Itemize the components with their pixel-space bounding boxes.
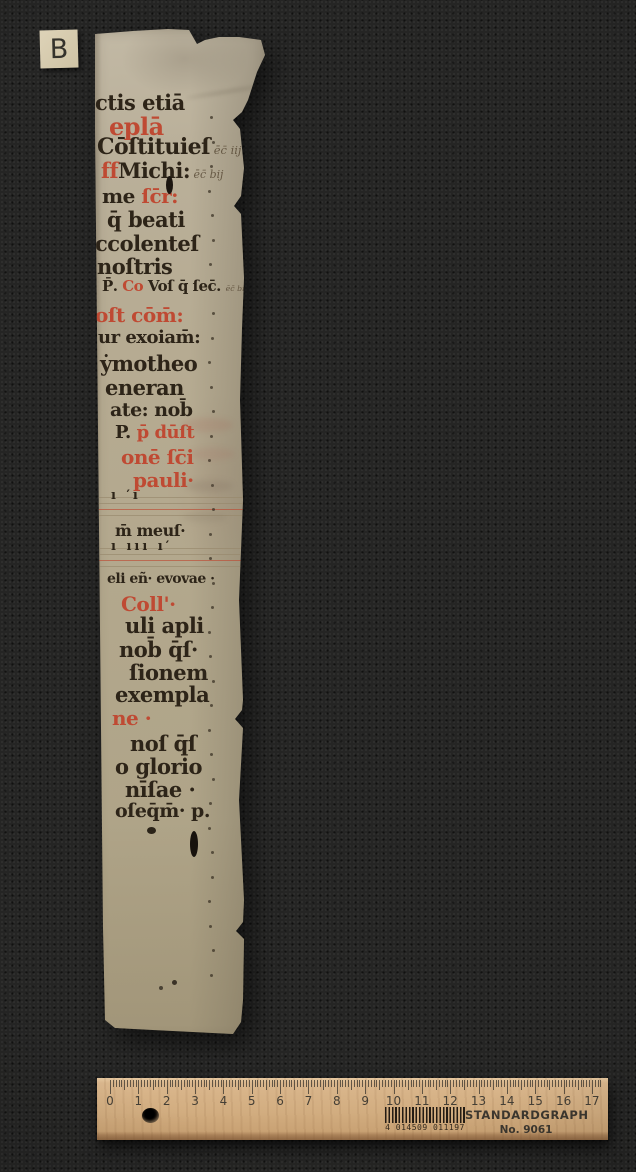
ruler-mm-tick	[416, 1080, 417, 1087]
text-segment-black: nob̄ q̄ſ·	[119, 637, 198, 662]
manuscript-text-line: ẏmotheo	[100, 353, 197, 374]
prick-mark	[212, 778, 215, 781]
ruler-number: 1	[135, 1094, 143, 1108]
ruler-mm-tick	[513, 1080, 514, 1087]
prick-mark	[209, 533, 212, 536]
ruler-mm-tick	[586, 1080, 587, 1087]
ruler-mm-tick	[510, 1080, 511, 1087]
ruler-mm-tick	[127, 1080, 128, 1087]
ruler-mm-tick	[419, 1080, 420, 1087]
ruler-mm-tick	[484, 1080, 485, 1087]
ruler-mm-tick	[371, 1080, 372, 1087]
ruler-mm-tick	[113, 1080, 114, 1087]
ruler-number: 16	[556, 1094, 571, 1108]
ruler-mm-tick	[368, 1080, 369, 1087]
ruler-mm-tick	[255, 1080, 256, 1087]
ruler-mm-tick	[238, 1080, 239, 1090]
ruler-cm-tick	[564, 1080, 565, 1094]
ruler-number: 17	[584, 1094, 599, 1108]
ruler-mm-tick	[581, 1080, 582, 1087]
text-segment-red: onē ſc̄i	[121, 445, 193, 469]
ruler-mm-tick	[323, 1080, 324, 1090]
ruler-mm-tick	[473, 1080, 474, 1087]
ruler-mm-tick	[297, 1080, 298, 1087]
ruler-number: 7	[305, 1094, 313, 1108]
ruler-mm-tick	[462, 1080, 463, 1087]
ruler-mm-tick	[467, 1080, 468, 1087]
prick-mark	[208, 361, 211, 364]
ruler-number: 2	[163, 1094, 171, 1108]
manuscript-text-line: eneran	[105, 377, 184, 398]
ruler-mm-tick	[413, 1080, 414, 1087]
ruler-mm-tick	[116, 1080, 117, 1087]
ruler-hanging-hole	[142, 1108, 159, 1123]
manuscript-text-line: noſ q̄ſ	[130, 733, 196, 754]
ruler-mm-tick	[260, 1080, 261, 1087]
text-segment-black: o glorio	[115, 754, 202, 779]
parchment-spot	[159, 986, 163, 990]
ruler-mm-tick	[215, 1080, 216, 1087]
ruler-cm-tick	[223, 1080, 224, 1094]
ruler-cm-tick	[365, 1080, 366, 1094]
manuscript-text-line: ne ·	[112, 708, 151, 728]
ruler-mm-tick	[317, 1080, 318, 1087]
ruler-mm-tick	[447, 1080, 448, 1087]
prick-mark	[208, 827, 211, 830]
ruler-number: 15	[528, 1094, 543, 1108]
ruler-mm-tick	[340, 1080, 341, 1087]
barcode-digits: 4 014509 011197	[383, 1123, 467, 1132]
ruler-mm-tick	[572, 1080, 573, 1087]
prick-mark	[212, 312, 215, 315]
prick-mark	[211, 214, 214, 217]
manuscript-text-line: noſtris	[97, 256, 172, 277]
staff-line	[97, 554, 257, 555]
ruler-mm-tick	[498, 1080, 499, 1087]
ruler-mm-tick	[481, 1080, 482, 1087]
ruler-number: 12	[443, 1094, 458, 1108]
ruler-mm-tick	[552, 1080, 553, 1087]
ruler-mm-tick	[555, 1080, 556, 1087]
ruler-mm-tick	[430, 1080, 431, 1087]
ruler-number: 5	[248, 1094, 256, 1108]
manuscript-fragment: ctis etiāeplāCōſtituieſ ēc̄ iijffMichi: …	[93, 28, 269, 1042]
ruler-mm-tick	[328, 1080, 329, 1087]
ruler-mm-tick	[266, 1080, 267, 1090]
ruler-mm-tick	[583, 1080, 584, 1087]
ruler-mm-tick	[311, 1080, 312, 1087]
ruler-mm-tick	[464, 1080, 465, 1090]
ruler-mm-tick	[547, 1080, 548, 1087]
ruler-mm-tick	[524, 1080, 525, 1087]
ruler-mm-tick	[221, 1080, 222, 1087]
text-segment-black: P.	[115, 422, 137, 443]
ruler-mm-tick	[189, 1080, 190, 1087]
ruler-mm-tick	[354, 1080, 355, 1087]
ruler-mm-tick	[453, 1080, 454, 1087]
text-segment-gloss: ēc̄ biij.	[226, 284, 252, 293]
prick-mark	[208, 190, 211, 193]
ruler-mm-tick	[442, 1080, 443, 1087]
manuscript-text-line: ctis etiā	[95, 92, 185, 113]
text-segment-black: exempla	[115, 682, 209, 707]
ruler-mm-tick	[569, 1080, 570, 1087]
prick-mark	[211, 851, 214, 854]
prick-mark	[209, 263, 212, 266]
prick-mark	[209, 655, 212, 658]
ruler-mm-tick	[456, 1080, 457, 1087]
ruler-mm-tick	[283, 1080, 284, 1087]
ruler-mm-tick	[493, 1080, 494, 1090]
ruler-mm-tick	[549, 1080, 550, 1090]
ruler-mm-tick	[246, 1080, 247, 1087]
ruler-mm-tick	[379, 1080, 380, 1090]
ruler-mm-tick	[532, 1080, 533, 1087]
manuscript-text-line: nīſae ·	[125, 779, 195, 800]
ruler-mm-tick	[598, 1080, 599, 1087]
manuscript-text-line: uli apli	[125, 615, 204, 636]
prick-mark	[212, 680, 215, 683]
ruler-mm-tick	[445, 1080, 446, 1087]
ruler-mm-tick	[561, 1080, 562, 1087]
ruler-mm-tick	[527, 1080, 528, 1087]
ruler-mm-tick	[314, 1080, 315, 1087]
ruler-mm-tick	[320, 1080, 321, 1087]
ruler-mm-tick	[399, 1080, 400, 1087]
prick-mark	[212, 410, 215, 413]
fragment-label-letter: B	[49, 33, 68, 64]
ruler-number: 11	[414, 1094, 429, 1108]
text-segment-black: noſtris	[97, 254, 172, 279]
ruler-mm-tick	[544, 1080, 545, 1087]
ruler-mm-tick	[235, 1080, 236, 1087]
prick-mark	[210, 435, 213, 438]
prick-mark	[210, 974, 213, 977]
ruler-mm-tick	[130, 1080, 131, 1087]
ruler-mm-tick	[385, 1080, 386, 1087]
staff-line	[97, 503, 247, 504]
ruler-cm-tick	[450, 1080, 451, 1094]
ruler-mm-tick	[124, 1080, 125, 1090]
ruler-mm-tick	[272, 1080, 273, 1087]
ruler-mm-tick	[209, 1080, 210, 1090]
ruler-mm-tick	[342, 1080, 343, 1087]
ruler-mm-tick	[136, 1080, 137, 1087]
ruler-mm-tick	[175, 1080, 176, 1087]
ruler-model-number: No. 9061	[465, 1124, 587, 1136]
prick-mark	[211, 876, 214, 879]
text-segment-black: ate: nob̄	[110, 399, 193, 421]
prick-mark	[212, 949, 215, 952]
parchment-spot	[172, 980, 177, 985]
ruler-mm-tick	[325, 1080, 326, 1087]
ruler-mm-tick	[351, 1080, 352, 1090]
music-staff: ı ııı ı′	[97, 546, 257, 570]
ruler-mm-tick	[566, 1080, 567, 1087]
photo-background: B ctis etiāeplāCōſtituieſ ēc̄ iijffMichi…	[0, 0, 636, 1172]
barcode-bars	[385, 1107, 465, 1123]
ruler-mm-tick	[269, 1080, 270, 1087]
manuscript-text-line: q̄ beati	[107, 209, 185, 230]
parchment-spot	[183, 512, 227, 522]
ruler-cm-tick	[394, 1080, 395, 1094]
ruler-mm-tick	[300, 1080, 301, 1087]
parchment-spot	[166, 176, 173, 194]
prick-mark	[209, 288, 212, 291]
text-segment-black: me	[102, 184, 141, 208]
prick-mark	[208, 729, 211, 732]
prick-mark	[209, 557, 212, 560]
ruler-mm-tick	[274, 1080, 275, 1087]
ruler-mm-tick	[294, 1080, 295, 1090]
ruler-cm-tick	[280, 1080, 281, 1094]
parchment-spot	[189, 448, 235, 460]
ruler-mm-tick	[439, 1080, 440, 1087]
ruler-mm-tick	[348, 1080, 349, 1087]
manuscript-text-line: eli eñ· evovae ·	[107, 572, 215, 586]
text-segment-black: Michi:	[118, 158, 190, 183]
manuscript-text-line: nob̄ q̄ſ·	[119, 639, 198, 660]
ruler-mm-tick	[436, 1080, 437, 1090]
manuscript-text-line: oſeq̄m̄· p.	[115, 802, 210, 821]
ruler: 01234567891011121314151617 4 014509 0111…	[97, 1078, 608, 1140]
ruler-mm-tick	[119, 1080, 120, 1087]
ruler-mm-tick	[487, 1080, 488, 1087]
ruler-brand-name: STANDARDGRAPH	[465, 1108, 587, 1122]
ruler-mm-tick	[172, 1080, 173, 1087]
ruler-mm-tick	[161, 1080, 162, 1087]
ruler-cm-tick	[110, 1080, 111, 1094]
prick-mark	[212, 141, 215, 144]
ruler-mm-tick	[306, 1080, 307, 1087]
ruler-mm-tick	[184, 1080, 185, 1087]
prick-mark	[210, 386, 213, 389]
text-segment-red: ff	[101, 158, 118, 183]
ruler-number: 4	[220, 1094, 228, 1108]
ruler-number: 8	[333, 1094, 341, 1108]
ruler-mm-tick	[289, 1080, 290, 1087]
manuscript-text-line: ate: nob̄	[110, 401, 193, 420]
text-segment-red: Co	[122, 277, 148, 295]
prick-mark	[210, 116, 213, 119]
ruler-mm-tick	[198, 1080, 199, 1087]
ruler-mm-tick	[206, 1080, 207, 1087]
ruler-mm-tick	[521, 1080, 522, 1090]
text-segment-black: eneran	[105, 375, 184, 400]
manuscript-text-line: ccolenteſ	[95, 233, 199, 254]
ruler-mm-tick	[212, 1080, 213, 1087]
ruler-mm-tick	[504, 1080, 505, 1087]
text-segment-black: Voſ q̄ ſec̄.	[148, 277, 226, 295]
ruler-mm-tick	[291, 1080, 292, 1087]
ruler-mm-tick	[433, 1080, 434, 1087]
ruler-mm-tick	[121, 1080, 122, 1087]
ruler-mm-tick	[459, 1080, 460, 1087]
ruler-mm-tick	[425, 1080, 426, 1087]
barcode: 4 014509 011197	[385, 1107, 465, 1133]
prick-mark	[210, 704, 213, 707]
ruler-mm-tick	[357, 1080, 358, 1087]
ruler-mm-tick	[141, 1080, 142, 1087]
staff-line	[97, 560, 257, 561]
text-segment-black: Cōſtituieſ	[97, 134, 210, 160]
ruler-mm-tick	[595, 1080, 596, 1087]
ruler-mm-tick	[538, 1080, 539, 1087]
ruler-number: 0	[106, 1094, 114, 1108]
ruler-mm-tick	[411, 1080, 412, 1087]
ruler-mm-tick	[286, 1080, 287, 1087]
ruler-number: 10	[386, 1094, 401, 1108]
ruler-cm-tick	[535, 1080, 536, 1094]
prick-mark	[211, 337, 214, 340]
ruler-mm-tick	[331, 1080, 332, 1087]
parchment-spot	[190, 831, 198, 857]
neume-notes: ı ııı ı′	[111, 539, 172, 554]
prick-mark	[212, 239, 215, 242]
parchment-spot	[181, 418, 233, 432]
ruler-mm-tick	[257, 1080, 258, 1087]
text-segment-gloss: ēc̄ iij	[210, 143, 241, 157]
ruler-mm-tick	[405, 1080, 406, 1087]
parchment-strip: ctis etiāeplāCōſtituieſ ēc̄ iijffMichi: …	[93, 28, 269, 1042]
ruler-mm-tick	[334, 1080, 335, 1087]
prick-mark	[208, 631, 211, 634]
ruler-mm-tick	[530, 1080, 531, 1087]
manuscript-text-line: P̄. Co Voſ q̄ ſec̄. ēc̄ biij.	[102, 279, 252, 294]
ruler-mm-tick	[408, 1080, 409, 1090]
ruler-cm-tick	[308, 1080, 309, 1094]
text-segment-black: ẏmotheo	[100, 351, 197, 376]
text-segment-black: ur exoiam̄:	[98, 327, 200, 348]
ruler-cm-tick	[195, 1080, 196, 1094]
ruler-mm-tick	[501, 1080, 502, 1087]
prick-mark	[209, 925, 212, 928]
text-segment-black: uli apli	[125, 613, 204, 638]
text-segment-gloss: ēc̄ bij	[190, 168, 223, 181]
ruler-mm-tick	[226, 1080, 227, 1087]
ruler-mm-tick	[164, 1080, 165, 1087]
manuscript-text-line: ſionem	[129, 662, 208, 683]
text-segment-black: ccolenteſ	[95, 231, 199, 256]
ruler-mm-tick	[155, 1080, 156, 1087]
ruler-mm-tick	[144, 1080, 145, 1087]
ruler-mm-tick	[345, 1080, 346, 1087]
ruler-mm-tick	[201, 1080, 202, 1087]
ruler-cm-tick	[479, 1080, 480, 1094]
ruler-mm-tick	[153, 1080, 154, 1090]
ruler-mm-tick	[158, 1080, 159, 1087]
ruler-mm-tick	[277, 1080, 278, 1087]
manuscript-text-line: Cōſtituieſ ēc̄ iij	[97, 136, 241, 158]
prick-mark	[211, 606, 214, 609]
text-segment-black: noſ q̄ſ	[130, 731, 196, 756]
ruler-mm-tick	[376, 1080, 377, 1087]
text-segment-black: oſeq̄m̄· p.	[115, 800, 210, 822]
ruler-mm-tick	[388, 1080, 389, 1087]
ruler-mm-tick	[133, 1080, 134, 1087]
ruler-mm-tick	[229, 1080, 230, 1087]
text-segment-black: P̄.	[102, 277, 122, 295]
prick-mark	[212, 582, 215, 585]
parchment-spot	[185, 480, 233, 492]
ruler-mm-tick	[541, 1080, 542, 1087]
ruler-mm-tick	[204, 1080, 205, 1087]
ruler-mm-tick	[575, 1080, 576, 1087]
manuscript-text-line: o glorio	[115, 756, 202, 777]
ruler-mm-tick	[558, 1080, 559, 1087]
ruler-mm-tick	[263, 1080, 264, 1087]
manuscript-text-line: onē ſc̄i	[121, 447, 193, 467]
ruler-cm-tick	[507, 1080, 508, 1094]
manuscript-text-line: m̄ meuſ·	[115, 523, 185, 539]
ruler-mm-tick	[496, 1080, 497, 1087]
ruler-mm-tick	[181, 1080, 182, 1090]
ruler-number: 14	[499, 1094, 514, 1108]
text-segment-red: ne ·	[112, 706, 151, 730]
ruler-mm-tick	[476, 1080, 477, 1087]
ruler-mm-tick	[249, 1080, 250, 1087]
ruler-mm-tick	[147, 1080, 148, 1087]
ruler-mm-tick	[515, 1080, 516, 1087]
ruler-cm-tick	[138, 1080, 139, 1094]
manuscript-text-line: oſt cōm̄:	[95, 305, 183, 325]
ruler-mm-tick	[391, 1080, 392, 1087]
ruler-cm-tick	[167, 1080, 168, 1094]
text-segment-black: nīſae ·	[125, 777, 195, 802]
ruler-mm-tick	[490, 1080, 491, 1087]
ruler-mm-tick	[218, 1080, 219, 1087]
ruler-mm-tick	[362, 1080, 363, 1087]
manuscript-text-line: Coll'·	[121, 594, 176, 614]
staff-line	[97, 566, 257, 567]
parchment-spot	[185, 83, 269, 99]
ruler-brand-block: STANDARDGRAPH No. 9061	[465, 1108, 587, 1136]
text-segment-black: eli eñ· evovae ·	[107, 571, 215, 587]
ruler-mm-tick	[518, 1080, 519, 1087]
text-segment-black: q̄ beati	[107, 207, 185, 232]
ruler-mm-tick	[600, 1080, 601, 1087]
ruler-number: 13	[471, 1094, 486, 1108]
ruler-cm-tick	[422, 1080, 423, 1094]
text-segment-red: oſt cōm̄:	[95, 303, 183, 327]
neume-notes: ı ′ı	[111, 488, 141, 503]
ruler-mm-tick	[359, 1080, 360, 1087]
ruler-mm-tick	[578, 1080, 579, 1090]
ruler-mm-tick	[589, 1080, 590, 1087]
ruler-mm-tick	[243, 1080, 244, 1087]
ruler-number: 9	[361, 1094, 369, 1108]
prick-mark	[209, 802, 212, 805]
ruler-mm-tick	[178, 1080, 179, 1087]
ruler-mm-tick	[150, 1080, 151, 1087]
prick-mark	[210, 753, 213, 756]
ruler-mm-tick	[240, 1080, 241, 1087]
ruler-mm-tick	[170, 1080, 171, 1087]
ruler-mm-tick	[382, 1080, 383, 1087]
staff-line	[97, 509, 247, 510]
ruler-mm-tick	[428, 1080, 429, 1087]
ruler-mm-tick	[470, 1080, 471, 1087]
prick-mark	[208, 900, 211, 903]
prick-mark	[212, 508, 215, 511]
ruler-mm-tick	[192, 1080, 193, 1087]
ruler-mm-tick	[374, 1080, 375, 1087]
ruler-mm-tick	[187, 1080, 188, 1087]
ruler-cm-tick	[337, 1080, 338, 1094]
fragment-label: B	[40, 30, 79, 69]
ruler-cm-tick	[252, 1080, 253, 1094]
prick-mark	[210, 165, 213, 168]
